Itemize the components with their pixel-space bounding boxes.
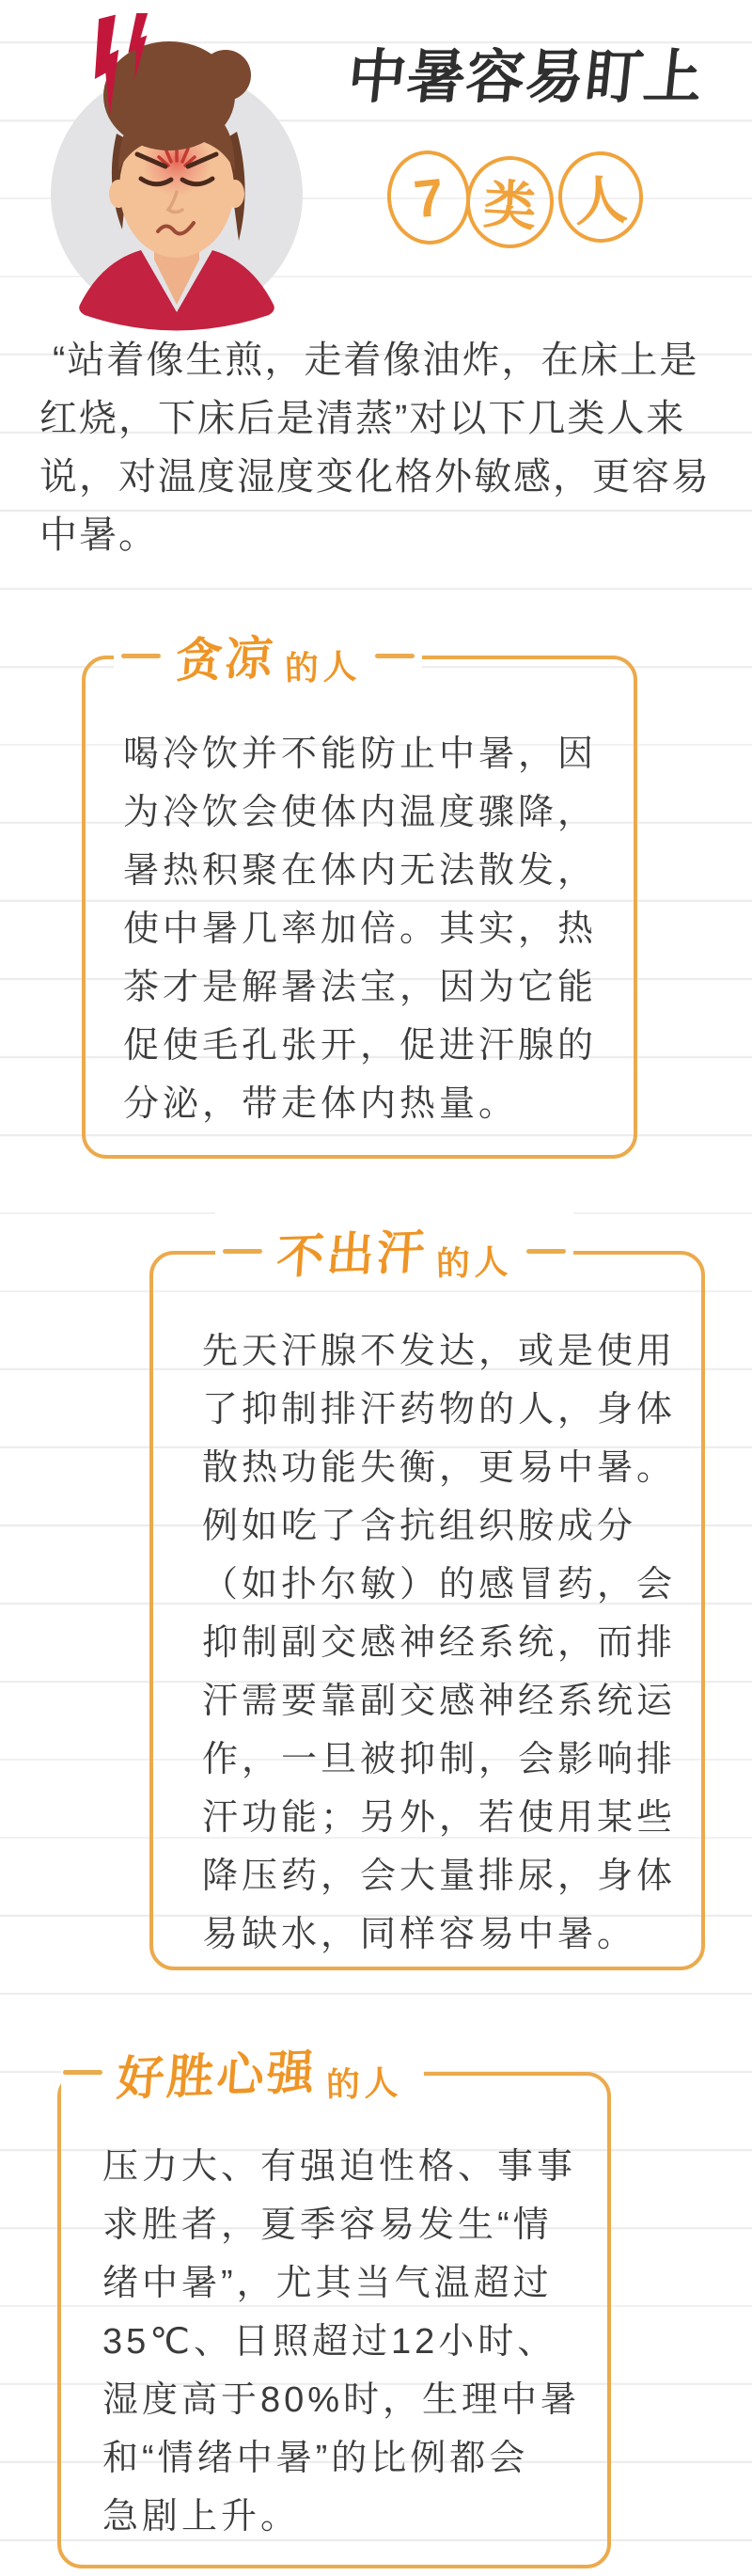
section-header: 不出汗 的人 (215, 1211, 573, 1290)
section-title-suffix: 的人 (325, 2057, 402, 2108)
hair-bun-top (200, 50, 251, 101)
page-title: 中暑容易盯上 (345, 47, 707, 109)
section-title-suffix: 的人 (435, 1236, 512, 1287)
section-title: 贪凉 (173, 620, 277, 691)
badge-char: 类 (481, 164, 538, 242)
section-header: 好胜心强 的人 (61, 2032, 424, 2111)
section-body-text: 喝冷饮并不能防止中暑，因 为冷饮会使体内温度骤降， 暑热积聚在体内无法散发， 使… (123, 725, 617, 1133)
section-header: 贪凉 的人 (114, 616, 422, 695)
section-card-no-sweat: 不出汗 的人 先天汗腺不发达，或是使用 了抑制排汗药物的人，身体 散热功能失衡，… (149, 1251, 705, 1970)
header-dash-right (526, 1249, 566, 1254)
badge-circle: 类 (463, 154, 556, 251)
section-body-text: 先天汗腺不发达，或是使用 了抑制排汗药物的人，身体 散热功能失衡，更易中暑。 例… (202, 1322, 684, 1964)
section-body-text: 压力大、有强迫性格、事事 求胜者，夏季容易发生“情 绪中暑”，尤其当气温超过 3… (102, 2138, 590, 2546)
badge-char: 人 (572, 158, 629, 236)
header-dash-left (63, 2070, 102, 2075)
woman-headache-illustration (36, 13, 308, 348)
section-card-craving-cold: 贪凉 的人 喝冷饮并不能防止中暑，因 为冷饮会使体内温度骤降， 暑热积聚在体内无… (82, 656, 637, 1159)
badge-circle: 7 (383, 147, 475, 249)
avatar-svg (36, 13, 308, 348)
seven-types-badge-row: 7 类 人 (387, 147, 669, 255)
header-dash-left (121, 654, 161, 658)
section-card-competitive: 好胜心强 的人 压力大、有强迫性格、事事 求胜者，夏季容易发生“情 绪中暑”，尤… (57, 2072, 611, 2568)
badge-char: 7 (411, 166, 446, 229)
heatstroke-infographic-page: 中暑容易盯上 7 类 人 “站着像生煎，走着像油炸，在床上是 红烧，下床后是清蒸… (0, 0, 752, 2576)
header-dash-left (223, 1249, 262, 1254)
section-title-suffix: 的人 (284, 640, 361, 691)
badge-circle: 人 (556, 150, 646, 245)
section-title: 好胜心强 (115, 2034, 320, 2109)
intro-paragraph: “站着像生煎，走着像油炸，在床上是 红烧，下床后是清蒸”对以下几类人来 说，对温… (39, 331, 722, 564)
header-dash-right (375, 654, 415, 658)
section-title: 不出汗 (274, 1214, 430, 1288)
